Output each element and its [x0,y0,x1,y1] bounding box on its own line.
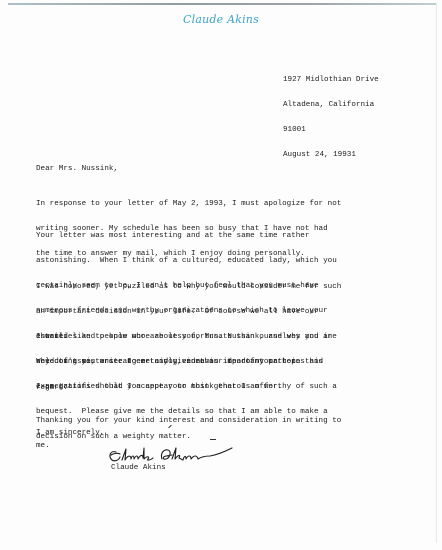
address-city-state: Altadena, California [283,101,379,109]
paragraph-line: Your letter was most interesting and at … [36,232,402,240]
page-right-edge [436,3,437,543]
paragraph-line: Why don't you write to me and give me an… [36,358,402,366]
sender-address: 1927 Midlothian Drive Altadena, Californ… [283,59,379,177]
letter-page: Claude Akins 1927 Midlothian Drive Altad… [0,0,442,550]
paragraph-line: astonishing. When I think of a cultured,… [36,257,402,265]
address-street: 1927 Midlothian Drive [283,76,379,84]
scan-mark [210,439,216,440]
typed-signature-name: Claude Akins [111,464,166,472]
letterhead-name: Claude Akins [0,13,442,26]
paragraph-line: I am gratified that you appear to think … [36,383,402,391]
address-zip: 91001 [283,126,379,134]
paragraph-line: I was honored, yet puzzled as to why you… [36,283,402,291]
letter-date: August 24, 19931 [283,151,379,159]
closing: I am sincerely, [36,429,104,437]
paragraph-line: Thanking you for your kind interest and … [36,417,402,425]
salutation: Dear Mrs. Nussink, [36,165,118,173]
paragraph-line: I would like to know more about you, Mrs… [36,333,402,341]
paragraph-line: In response to your letter of May 2, 199… [36,200,402,208]
page-top-edge [8,3,436,5]
